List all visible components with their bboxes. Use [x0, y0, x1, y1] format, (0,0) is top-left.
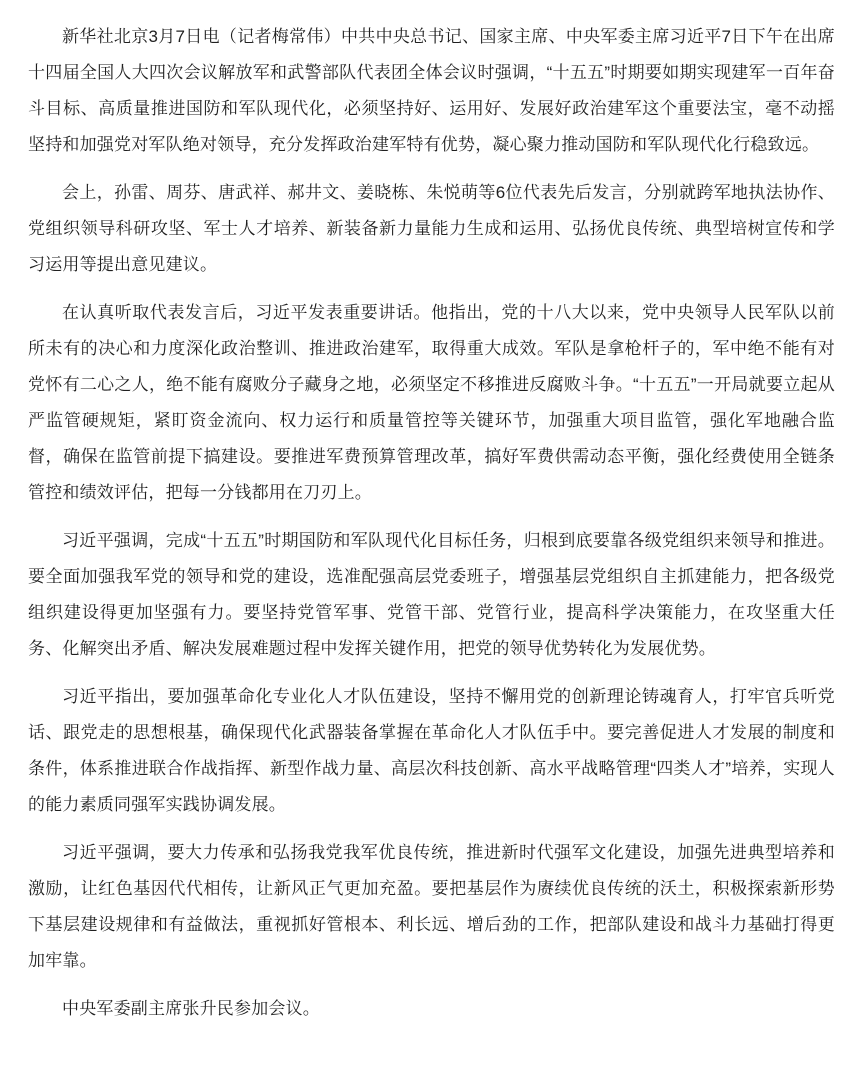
article-paragraph-6: 习近平强调，要大力传承和弘扬我党我军优良传统，推进新时代强军文化建设，加强先进典…: [28, 835, 835, 979]
article-paragraph-2: 会上，孙雷、周芬、唐武祥、郝井文、姜晓栋、朱悦萌等6位代表先后发言，分别就跨军地…: [28, 175, 835, 283]
article-paragraph-3: 在认真听取代表发言后，习近平发表重要讲话。他指出，党的十八大以来，党中央领导人民…: [28, 295, 835, 511]
article-paragraph-5: 习近平指出，要加强革命化专业化人才队伍建设，坚持不懈用党的创新理论铸魂育人，打牢…: [28, 679, 835, 823]
article-paragraph-7: 中央军委副主席张升民参加会议。: [28, 991, 835, 1027]
article-paragraph-1: 新华社北京3月7日电（记者梅常伟）中共中央总书记、国家主席、中央军委主席习近平7…: [28, 19, 835, 163]
article-paragraph-4: 习近平强调，完成“十五五”时期国防和军队现代化目标任务，归根到底要靠各级党组织来…: [28, 523, 835, 667]
news-article: 新华社北京3月7日电（记者梅常伟）中共中央总书记、国家主席、中央军委主席习近平7…: [0, 0, 863, 1027]
